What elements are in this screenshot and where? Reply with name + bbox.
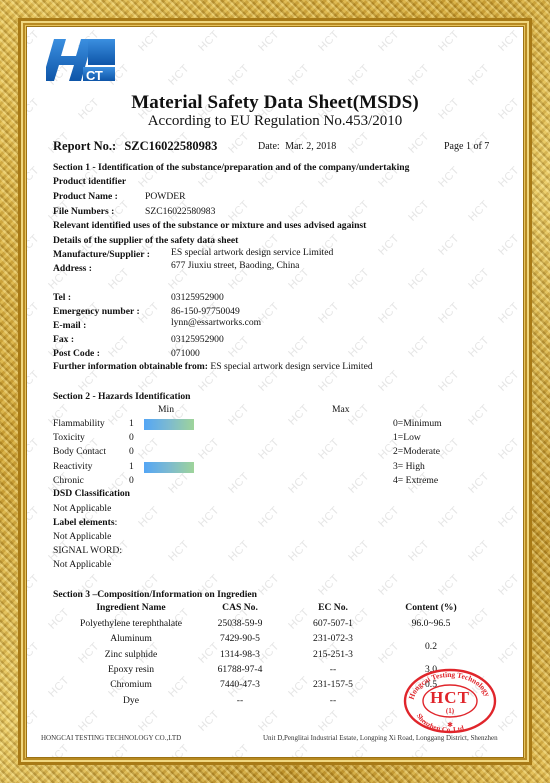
hazard-legend-item: 3= High	[393, 461, 425, 472]
watermark-text: HCT	[406, 266, 432, 292]
fax-label: Fax :	[53, 334, 74, 345]
address-label: Address :	[53, 263, 92, 274]
post-code-value: 071000	[171, 348, 200, 359]
watermark-text: HCT	[496, 300, 522, 326]
table-cell-cas: 61788-97-4	[218, 664, 263, 675]
watermark-text: HCT	[256, 368, 282, 394]
watermark-text: HCT	[256, 708, 282, 734]
table-column-header: Ingredient Name	[96, 602, 165, 613]
further-info-label: Further information obtainable from:	[53, 361, 208, 372]
hazard-level-bar	[144, 419, 194, 430]
table-cell-ec: 215-251-3	[313, 649, 353, 660]
fax-value: 03125952900	[171, 334, 224, 345]
svg-text:HCT: HCT	[430, 688, 470, 707]
watermark-text: HCT	[286, 606, 312, 632]
watermark-text: HCT	[196, 504, 222, 530]
watermark-text: HCT	[496, 28, 522, 54]
emergency-label: Emergency number :	[53, 306, 140, 317]
watermark-text: HCT	[376, 640, 402, 666]
watermark-text: HCT	[466, 62, 492, 88]
watermark-text: HCT	[316, 504, 342, 530]
watermark-text: HCT	[226, 470, 252, 496]
watermark-text: HCT	[256, 504, 282, 530]
watermark-text: HCT	[27, 640, 42, 666]
footer-address: Unit D,Penglitai Industrial Estate, Long…	[263, 734, 498, 742]
certificate-page: HCTHCTHCTHCTHCTHCTHCTHCTHCTHCTHCTHCTHCTH…	[27, 27, 523, 757]
hct-seal-stamp-icon: Hongcai Testing Technology Shenzhen Co.,…	[403, 668, 497, 734]
table-cell-name: Zinc sulphide	[105, 649, 158, 660]
hazard-legend-item: 1=Low	[393, 432, 421, 443]
section2-heading: Section 2 - Hazards Identification	[53, 391, 191, 402]
table-cell-ec: --	[330, 695, 336, 706]
hazard-legend-item: 0=Minimum	[393, 418, 442, 429]
watermark-text: HCT	[226, 334, 252, 360]
watermark-text: HCT	[136, 368, 162, 394]
watermark-text: HCT	[406, 198, 432, 224]
watermark-text: HCT	[346, 266, 372, 292]
watermark-text: HCT	[496, 504, 522, 530]
label-elements-colon: :	[115, 517, 118, 528]
watermark-text: HCT	[226, 62, 252, 88]
manufacturer-value: ES special artwork design service Limite…	[171, 247, 333, 258]
watermark-text: HCT	[436, 708, 462, 734]
watermark-text: HCT	[286, 62, 312, 88]
watermark-text: HCT	[436, 232, 462, 258]
file-numbers-label: File Numbers :	[53, 206, 114, 217]
table-cell-cas: 1314-98-3	[220, 649, 260, 660]
watermark-text: HCT	[27, 300, 42, 326]
watermark-text: HCT	[27, 436, 42, 462]
watermark-text: HCT	[496, 436, 522, 462]
watermark-text: HCT	[27, 164, 42, 190]
hazard-name: Body Contact	[53, 446, 106, 457]
product-name-label: Product Name :	[53, 191, 118, 202]
table-cell-name: Epoxy resin	[108, 664, 154, 675]
watermark-text: HCT	[76, 640, 102, 666]
hazard-max-label: Max	[332, 404, 350, 415]
table-cell-cas: --	[237, 695, 243, 706]
watermark-text: HCT	[436, 300, 462, 326]
watermark-text: HCT	[316, 368, 342, 394]
table-column-header: Content (%)	[405, 602, 456, 613]
hazard-name: Chronic	[53, 475, 84, 486]
further-info: Further information obtainable from: ES …	[53, 361, 373, 372]
table-column-header: EC No.	[318, 602, 348, 613]
table-cell-content-merged: 0.2	[425, 641, 437, 652]
watermark-text: HCT	[27, 28, 42, 54]
watermark-text: HCT	[436, 28, 462, 54]
watermark-text: HCT	[136, 28, 162, 54]
watermark-text: HCT	[346, 538, 372, 564]
watermark-text: HCT	[316, 436, 342, 462]
watermark-text: HCT	[27, 368, 42, 394]
watermark-text: HCT	[436, 164, 462, 190]
watermark-text: HCT	[27, 504, 42, 530]
watermark-text: HCT	[27, 708, 42, 734]
watermark-text: HCT	[196, 436, 222, 462]
svg-text:(1): (1)	[446, 707, 455, 715]
watermark-text: HCT	[106, 334, 132, 360]
table-cell-cas: 25038-59-9	[218, 618, 263, 629]
watermark-text: HCT	[466, 742, 492, 757]
watermark-text: HCT	[466, 538, 492, 564]
watermark-text: HCT	[466, 470, 492, 496]
dsd-classification-heading: DSD Classification	[53, 488, 130, 499]
table-cell-name: Aluminum	[110, 633, 152, 644]
table-cell-ec: 607-507-1	[313, 618, 353, 629]
watermark-text: HCT	[466, 198, 492, 224]
watermark-text: HCT	[436, 572, 462, 598]
watermark-text: HCT	[106, 266, 132, 292]
tel-label: Tel :	[53, 292, 71, 303]
svg-text:CT: CT	[86, 68, 103, 83]
report-number: Report No.: SZC16022580983	[53, 139, 217, 154]
label-elements: Label elements:	[53, 517, 117, 528]
watermark-text: HCT	[466, 334, 492, 360]
watermark-text: HCT	[316, 300, 342, 326]
hct-logo-icon: CT	[46, 39, 116, 83]
watermark-text: HCT	[76, 708, 102, 734]
watermark-text: HCT	[166, 538, 192, 564]
watermark-text: HCT	[226, 402, 252, 428]
table-cell-ec: --	[330, 664, 336, 675]
watermark-text: HCT	[316, 572, 342, 598]
watermark-text: HCT	[27, 232, 42, 258]
table-cell-content: 0.5	[425, 679, 437, 690]
manufacturer-label: Manufacture/Supplier :	[53, 249, 150, 260]
hazard-name: Toxicity	[53, 432, 85, 443]
tel-value: 03125952900	[171, 292, 224, 303]
post-code-label: Post Code :	[53, 348, 100, 359]
watermark-text: HCT	[196, 28, 222, 54]
report-number-label: Report No.:	[53, 139, 116, 153]
watermark-text: HCT	[226, 130, 252, 156]
watermark-text: HCT	[406, 538, 432, 564]
hazard-name: Flammability	[53, 418, 105, 429]
watermark-text: HCT	[256, 28, 282, 54]
watermark-text: HCT	[436, 436, 462, 462]
svg-text:Shenzhen Co.,Ltd: Shenzhen Co.,Ltd	[415, 712, 465, 734]
watermark-text: HCT	[136, 436, 162, 462]
address-value: 677 Jiuxiu street, Baoding, China	[171, 260, 299, 271]
table-cell-content: 96.0~96.5	[412, 618, 451, 629]
report-date: Date: Mar. 2, 2018	[258, 141, 336, 152]
watermark-text: HCT	[406, 334, 432, 360]
watermark-text: HCT	[166, 470, 192, 496]
date-value: Mar. 2, 2018	[285, 141, 336, 152]
page-indicator: Page 1 of 7	[444, 141, 489, 152]
watermark-text: HCT	[406, 742, 432, 757]
dsd-classification-value: Not Applicable	[53, 503, 111, 514]
label-elements-value: Not Applicable	[53, 531, 111, 542]
watermark-text: HCT	[436, 368, 462, 394]
watermark-text: HCT	[27, 572, 42, 598]
watermark-text: HCT	[286, 538, 312, 564]
watermark-text: HCT	[346, 334, 372, 360]
email-label: E-mail :	[53, 320, 86, 331]
table-cell-content: 3.0	[425, 664, 437, 675]
hazard-level-bar	[144, 462, 194, 473]
watermark-text: HCT	[316, 708, 342, 734]
product-identifier-heading: Product identifier	[53, 176, 126, 187]
watermark-text: HCT	[466, 266, 492, 292]
watermark-text: HCT	[286, 470, 312, 496]
watermark-text: HCT	[496, 572, 522, 598]
watermark-text: HCT	[376, 300, 402, 326]
watermark-text: HCT	[496, 640, 522, 666]
hazard-rating: 1	[129, 461, 134, 472]
svg-text:✱: ✱	[447, 721, 453, 729]
signal-word-heading: SIGNAL WORD:	[53, 545, 122, 556]
hazard-rating: 0	[129, 432, 134, 443]
watermark-text: HCT	[436, 504, 462, 530]
hazard-legend-item: 2=Moderate	[393, 446, 440, 457]
emergency-value: 86-150-97750049	[171, 306, 240, 317]
watermark-text: HCT	[496, 368, 522, 394]
hazard-min-label: Min	[158, 404, 174, 415]
email-value[interactable]: lynn@essartworks.com	[171, 317, 261, 328]
watermark-text: HCT	[46, 674, 72, 700]
watermark-text: HCT	[466, 606, 492, 632]
watermark-text: HCT	[376, 28, 402, 54]
table-cell-name: Polyethylene terephthalate	[80, 618, 182, 629]
watermark-text: HCT	[496, 232, 522, 258]
section1-heading: Section 1 - Identification of the substa…	[53, 162, 409, 173]
watermark-text: HCT	[406, 62, 432, 88]
hazard-rating: 0	[129, 475, 134, 486]
table-cell-cas: 7440-47-3	[220, 679, 260, 690]
watermark-text: HCT	[166, 62, 192, 88]
watermark-text: HCT	[346, 402, 372, 428]
watermark-text: HCT	[166, 742, 192, 757]
watermark-text: HCT	[496, 708, 522, 734]
document-title: Material Safety Data Sheet(MSDS)	[27, 92, 523, 114]
watermark-text: HCT	[76, 368, 102, 394]
watermark-text: HCT	[346, 62, 372, 88]
date-label: Date:	[258, 141, 280, 152]
watermark-text: HCT	[136, 504, 162, 530]
watermark-text: HCT	[496, 164, 522, 190]
table-cell-name: Chromium	[110, 679, 152, 690]
watermark-text: HCT	[346, 470, 372, 496]
product-name-value: POWDER	[145, 191, 186, 202]
watermark-text: HCT	[376, 708, 402, 734]
watermark-text: HCT	[466, 402, 492, 428]
watermark-text: HCT	[136, 708, 162, 734]
watermark-text: HCT	[346, 742, 372, 757]
watermark-text: HCT	[376, 368, 402, 394]
watermark-text: HCT	[286, 402, 312, 428]
file-numbers-value: SZC16022580983	[145, 206, 215, 217]
watermark-text: HCT	[466, 674, 492, 700]
watermark-text: HCT	[256, 436, 282, 462]
relevant-uses-heading: Relevant identified uses of the substanc…	[53, 220, 366, 231]
document-subtitle: According to EU Regulation No.453/2010	[27, 113, 523, 130]
signal-word-value: Not Applicable	[53, 559, 111, 570]
hazard-name: Reactivity	[53, 461, 92, 472]
watermark-text: HCT	[286, 742, 312, 757]
watermark-text: HCT	[106, 742, 132, 757]
watermark-text: HCT	[346, 130, 372, 156]
footer-company: HONGCAI TESTING TECHNOLOGY CO.,LTD	[41, 734, 181, 742]
further-info-value: ES special artwork design service Limite…	[210, 361, 372, 372]
watermark-text: HCT	[286, 674, 312, 700]
table-cell-cas: 7429-90-5	[220, 633, 260, 644]
watermark-text: HCT	[376, 572, 402, 598]
table-column-header: CAS No.	[222, 602, 258, 613]
watermark-text: HCT	[196, 640, 222, 666]
watermark-text: HCT	[256, 640, 282, 666]
watermark-text: HCT	[166, 674, 192, 700]
watermark-text: HCT	[376, 232, 402, 258]
table-cell-ec: 231-072-3	[313, 633, 353, 644]
watermark-text: HCT	[226, 538, 252, 564]
watermark-text: HCT	[406, 130, 432, 156]
watermark-text: HCT	[106, 402, 132, 428]
watermark-text: HCT	[256, 572, 282, 598]
watermark-text: HCT	[136, 300, 162, 326]
hazard-rating: 0	[129, 446, 134, 457]
table-cell-name: Dye	[123, 695, 139, 706]
table-cell-ec: 231-157-5	[313, 679, 353, 690]
watermark-text: HCT	[436, 640, 462, 666]
report-number-value: SZC16022580983	[124, 139, 217, 153]
hazard-rating: 1	[129, 418, 134, 429]
watermark-text: HCT	[196, 708, 222, 734]
watermark-text: HCT	[316, 28, 342, 54]
section3-heading: Section 3 –Composition/Information on In…	[53, 589, 257, 600]
watermark-text: HCT	[226, 742, 252, 757]
watermark-text: HCT	[286, 334, 312, 360]
hazard-legend-item: 4= Extreme	[393, 475, 438, 486]
supplier-details-heading: Details of the supplier of the safety da…	[53, 235, 238, 246]
watermark-text: HCT	[196, 368, 222, 394]
label-elements-heading: Label elements	[53, 517, 115, 528]
watermark-text: HCT	[376, 504, 402, 530]
svg-text:Hongcai Testing Technology: Hongcai Testing Technology	[407, 670, 493, 701]
watermark-text: HCT	[46, 606, 72, 632]
watermark-text: HCT	[46, 742, 72, 757]
